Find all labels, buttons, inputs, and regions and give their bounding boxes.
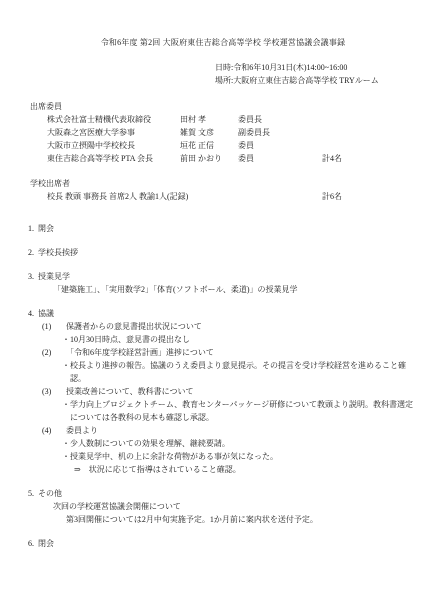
discussion-item: (4) 委員より [42, 424, 418, 437]
member-role: 委員 [238, 152, 322, 165]
section-number: 2. [28, 246, 34, 259]
item-title: 授業改善について、教科書について [66, 385, 194, 398]
section-number: 1. [28, 222, 34, 235]
discussion-item: (1) 保護者からの意見書提出状況について [42, 320, 418, 333]
meta-datetime: 日時:令和6年10月31日(木)14:00~16:00 [215, 61, 418, 74]
member-role: 委員 [238, 139, 322, 152]
item-bullet: ・校長より進捗の報告。協議のうえ委員より意見提示。その提言を受け学校経営を進める… [62, 359, 418, 385]
item-label: (4) [42, 424, 66, 437]
section-closing: 6.閉会 [28, 537, 418, 550]
arrow-icon: ⇒ [74, 463, 81, 476]
member-org: 株式会社富士精機代表取締役 [47, 113, 180, 126]
item-bullet: ・少人数制についての効果を理解、継続要請。 [62, 437, 418, 450]
committee-heading: 出席委員 [30, 100, 418, 113]
member-org: 大阪森之宮医療大学参事 [47, 126, 180, 139]
item-label: (2) [42, 346, 66, 359]
item-bullet: ・授業見学中、机の上に余計な荷物がある事が気になった。 [62, 450, 418, 463]
section-number: 5. [28, 487, 34, 500]
item-title: 委員より [66, 424, 98, 437]
section-title: 開会 [38, 222, 54, 235]
school-attendees-row: 校長 教頭 事務長 首席2人 教諭1人(記録) 計6名 [47, 190, 418, 203]
section-number: 4. [28, 307, 34, 320]
item-title: 「令和6年度学校経営計画」進捗について [66, 346, 214, 359]
class-observation-detail: 「建築施工」、「実用数学2」「体育(ソフトボール、柔道)」の授業見学 [53, 283, 418, 296]
section-title: 学校長挨拶 [38, 246, 78, 259]
school-attendees-heading: 学校出席者 [30, 177, 418, 190]
item-label: (1) [42, 320, 66, 333]
member-name: 前田 かおり [180, 152, 238, 165]
follow-up-note: ⇒状況に応じて指導はされていること確認。 [74, 463, 418, 476]
item-title: 保護者からの意見書提出状況について [66, 320, 202, 333]
document-page: 令和6年度 第2回 大阪府東住吉総合高等学校 学校運営協議会議事録 日時:令和6… [0, 0, 424, 600]
item-bullet: ・10月30日時点、意見書の提出なし [62, 333, 418, 346]
section-title: 授業見学 [38, 270, 70, 283]
member-row: 東住吉総合高等学校 PTA 会長 前田 かおり 委員 計4名 [47, 152, 418, 165]
section-title: 協議 [38, 307, 54, 320]
school-staff-list: 校長 教頭 事務長 首席2人 教諭1人(記録) [47, 190, 322, 203]
section-class-observation: 3.授業見学 [28, 270, 418, 283]
discussion-item: (2) 「令和6年度学校経営計画」進捗について [42, 346, 418, 359]
meta-location: 場所:大阪府立東住吉総合高等学校 TRYルーム [215, 74, 418, 87]
section-number: 3. [28, 270, 34, 283]
meta-block: 日時:令和6年10月31日(木)14:00~16:00 場所:大阪府立東住吉総合… [215, 61, 418, 87]
section-other: 5.その他 [28, 487, 418, 500]
section-title: 閉会 [38, 537, 54, 550]
section-title: その他 [38, 487, 62, 500]
section-principal-greeting: 2.学校長挨拶 [28, 246, 418, 259]
section-discussion: 4.協議 [28, 307, 418, 320]
document-title: 令和6年度 第2回 大阪府東住吉総合高等学校 学校運営協議会議事録 [28, 36, 418, 49]
member-org: 大阪市立摂陽中学校校長 [47, 139, 180, 152]
discussion-item: (3) 授業改善について、教科書について [42, 385, 418, 398]
section-opening: 1.開会 [28, 222, 418, 235]
member-name: 田村 孝 [180, 113, 238, 126]
member-name: 雑賀 文彦 [180, 126, 238, 139]
next-meeting-detail: 第3回開催については2月中旬実施予定。1か月前に案内状を送付予定。 [66, 513, 418, 526]
item-label: (3) [42, 385, 66, 398]
follow-up-text: 状況に応じて指導はされていること確認。 [89, 465, 241, 474]
school-total: 計6名 [322, 190, 342, 203]
committee-member-list: 株式会社富士精機代表取締役 田村 孝 委員長 大阪森之宮医療大学参事 雑賀 文彦… [47, 113, 418, 165]
member-row: 株式会社富士精機代表取締役 田村 孝 委員長 [47, 113, 418, 126]
member-row: 大阪森之宮医療大学参事 雑賀 文彦 副委員長 [47, 126, 418, 139]
section-number: 6. [28, 537, 34, 550]
next-meeting-heading: 次回の学校運営協議会開催について [53, 500, 418, 513]
member-role: 委員長 [238, 113, 322, 126]
member-row: 大阪市立摂陽中学校校長 垣花 正信 委員 [47, 139, 418, 152]
item-bullet: ・学力向上プロジェクトチーム、教育センターパッケージ研修について教頭より説明。教… [62, 398, 418, 424]
member-total: 計4名 [322, 152, 342, 165]
member-name: 垣花 正信 [180, 139, 238, 152]
member-role: 副委員長 [238, 126, 322, 139]
member-org: 東住吉総合高等学校 PTA 会長 [47, 152, 180, 165]
